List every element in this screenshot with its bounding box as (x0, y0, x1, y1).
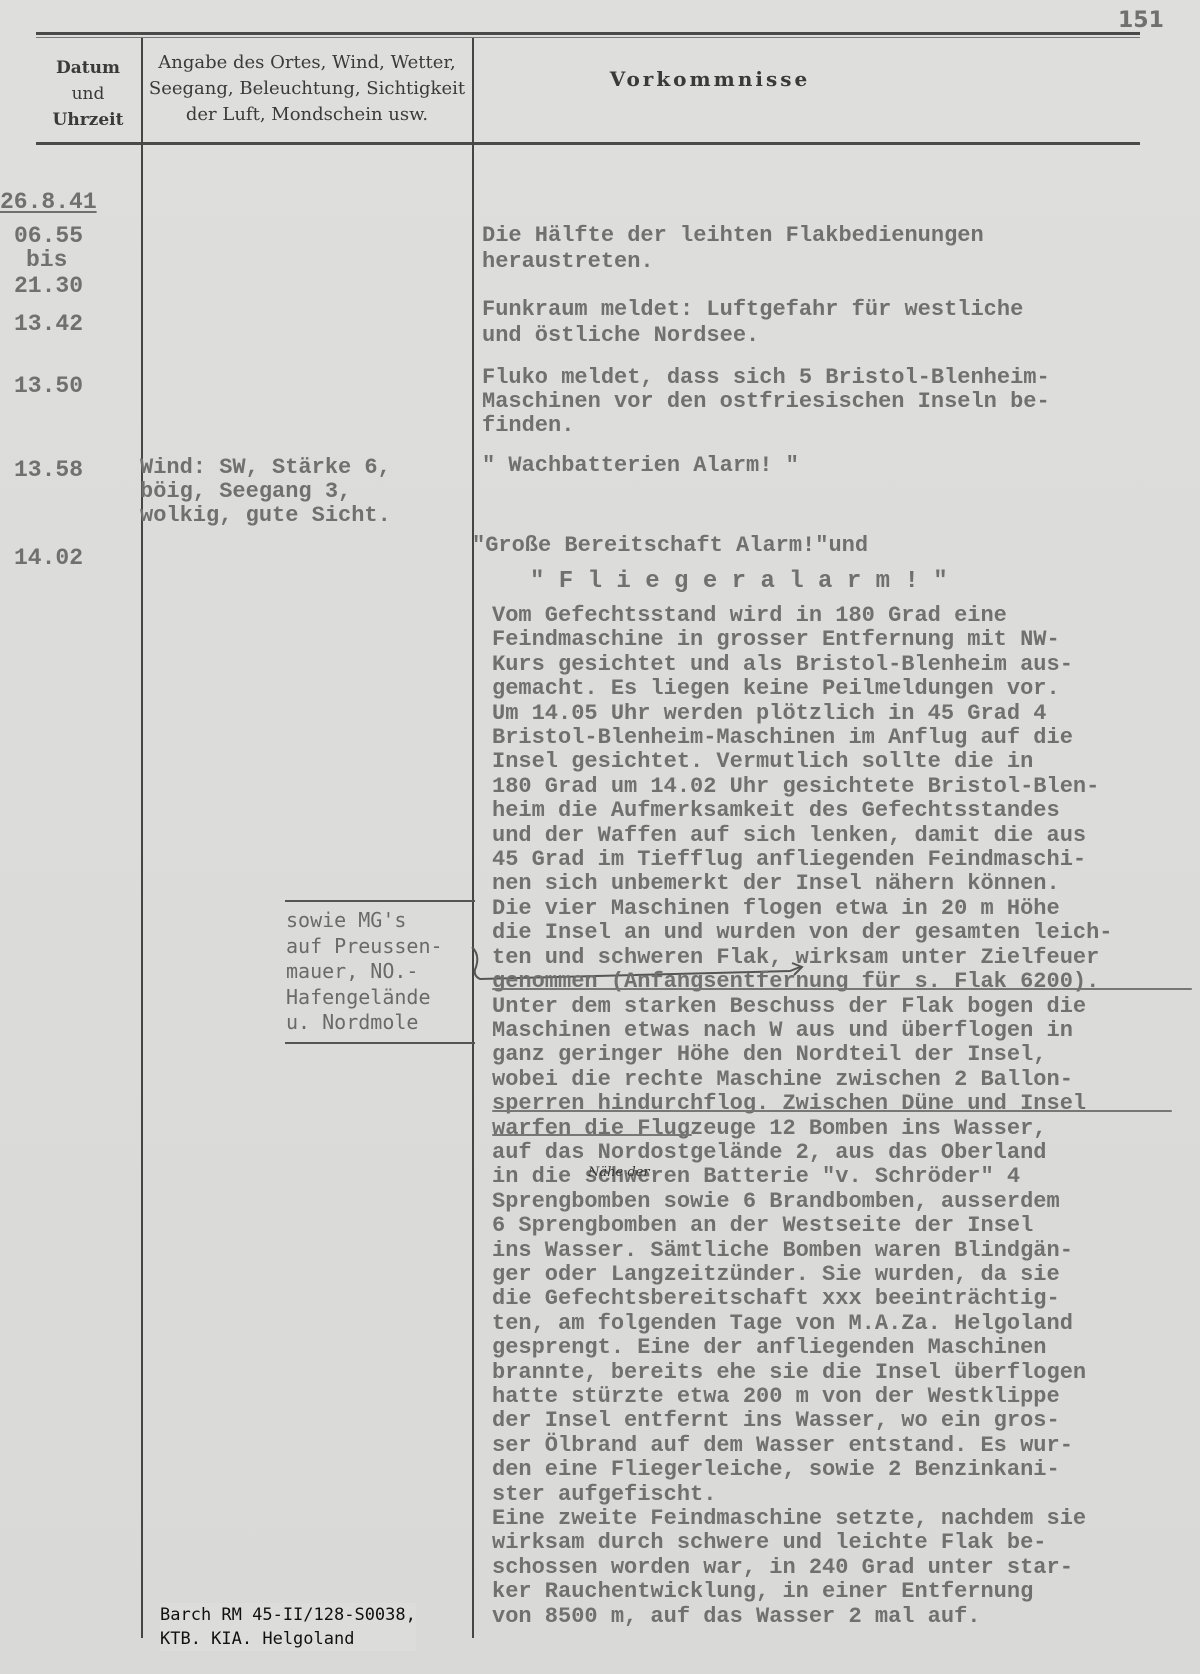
body-line: genommen (Anfangsentfernung für s. Flak … (492, 970, 1113, 994)
entry-3-line-1: Fluko meldet, dass sich 5 Bristol-Blenhe… (482, 366, 1050, 390)
entry-5-alarm: " F l i e g e r a l a r m ! " (530, 570, 948, 594)
body-line: ten, am folgenden Tage von M.A.Za. Helgo… (492, 1312, 1113, 1336)
header-location-weather: Angabe des Ortes, Wind, Wetter, Seegang,… (142, 50, 472, 128)
body-line: 45 Grad im Tiefflug anfliegenden Feindma… (492, 848, 1113, 872)
margin-note-line: mauer, NO.- (286, 959, 443, 985)
entry-2-line-2: und östliche Nordsee. (482, 324, 759, 348)
header-events: Vorkommnisse (520, 66, 900, 92)
body-line: 180 Grad um 14.02 Uhr gesichtete Bristol… (492, 775, 1113, 799)
header-location-line3: der Luft, Mondschein usw. (142, 102, 472, 128)
body-line: warfen die Flugzeuge 12 Bomben ins Wasse… (492, 1117, 1113, 1141)
margin-note-line: auf Preussen- (286, 934, 443, 960)
body-line: heim die Aufmerksamkeit des Gefechtsstan… (492, 799, 1113, 823)
body-line: Sprengbomben sowie 6 Brandbomben, ausser… (492, 1190, 1113, 1214)
header-location-line1: Angabe des Ortes, Wind, Wetter, (142, 50, 472, 76)
entry-3-line-2: Maschinen vor den ostfriesischen Inseln … (482, 390, 1050, 414)
pencil-underline (492, 1110, 1172, 1112)
body-line: Eine zweite Feindmaschine setzte, nachde… (492, 1507, 1113, 1531)
column-divider-1 (141, 38, 143, 1638)
body-line: auf das Nordostgelände 2, aus das Oberla… (492, 1141, 1113, 1165)
body-line: von 8500 m, auf das Wasser 2 mal auf. (492, 1605, 1113, 1629)
body-line: Maschinen etwas nach W aus und überfloge… (492, 1019, 1113, 1043)
citation-line: Barch RM 45-II/128-S0038, (160, 1603, 416, 1627)
body-line: und der Waffen auf sich lenken, damit di… (492, 824, 1113, 848)
body-line: 6 Sprengbomben an der Westseite der Inse… (492, 1214, 1113, 1238)
time-1358: 13.58 (14, 458, 83, 482)
body-line: ger oder Langzeitzünder. Sie wurden, da … (492, 1263, 1113, 1287)
body-line: nen sich unbemerkt der Insel nähern könn… (492, 872, 1113, 896)
weather-line-3: wolkig, gute Sicht. (140, 504, 391, 528)
entry-1-line-1: Die Hälfte der leihten Flakbedienungen (482, 224, 984, 248)
body-line: schossen worden war, in 240 Grad unter s… (492, 1556, 1113, 1580)
document-page: 151 Datum und Uhrzeit Angabe des Ortes, … (0, 0, 1200, 1674)
time-1402: 14.02 (14, 546, 83, 570)
margin-note-line: sowie MG's (286, 908, 443, 934)
body-line: hatte stürzte etwa 200 m von der Westkli… (492, 1385, 1113, 1409)
pencil-underline (492, 1134, 692, 1136)
body-line: brannte, bereits ehe sie die Insel überf… (492, 1361, 1113, 1385)
body-line: wirksam durch schwere und leichte Flak b… (492, 1531, 1113, 1555)
entry-2-line-1: Funkraum meldet: Luftgefahr für westlich… (482, 298, 1023, 322)
entry-date: 26.8.41 (0, 190, 97, 214)
body-line: wobei die rechte Maschine zwischen 2 Bal… (492, 1068, 1113, 1092)
margin-note-line: u. Nordmole (286, 1010, 443, 1036)
body-line: ins Wasser. Sämtliche Bomben waren Blind… (492, 1239, 1113, 1263)
body-line: Feindmaschine in grosser Entfernung mit … (492, 628, 1113, 652)
top-rule-thin (36, 37, 1140, 38)
time-0655: 06.55 (14, 224, 83, 248)
header-date-time: Datum und Uhrzeit (38, 55, 138, 133)
weather-line-1: Wind: SW, Stärke 6, (140, 456, 391, 480)
body-line: in die schweren Batterie "v. Schröder" 4 (492, 1165, 1113, 1189)
body-line: Vom Gefechtsstand wird in 180 Grad eine (492, 604, 1113, 628)
top-rule (36, 32, 1140, 35)
body-line: ser Ölbrand auf dem Wasser entstand. Es … (492, 1434, 1113, 1458)
body-line: gesprengt. Eine der anfliegenden Maschin… (492, 1336, 1113, 1360)
header-rule (36, 142, 1140, 145)
body-line: ten und schweren Flak, wirksam unter Zie… (492, 946, 1113, 970)
body-line: ganz geringer Höhe den Nordteil der Inse… (492, 1043, 1113, 1067)
time-1350: 13.50 (14, 374, 83, 398)
time-2130: 21.30 (14, 274, 83, 298)
body-line: Bristol-Blenheim-Maschinen im Anflug auf… (492, 726, 1113, 750)
body-line: sperren hindurchflog. Zwischen Düne und … (492, 1092, 1113, 1116)
body-line: Um 14.05 Uhr werden plötzlich in 45 Grad… (492, 702, 1113, 726)
body-line: den eine Fliegerleiche, sowie 2 Benzinka… (492, 1458, 1113, 1482)
body-line: Unter dem starken Beschuss der Flak boge… (492, 995, 1113, 1019)
header-location-line2: Seegang, Beleuchtung, Sichtigkeit (142, 76, 472, 102)
entry-5-body: Vom Gefechtsstand wird in 180 Grad eine … (492, 604, 1113, 1629)
handwritten-insertion: Nähe der (588, 1165, 650, 1180)
margin-note: sowie MG'sauf Preussen-mauer, NO.-Hafeng… (286, 908, 443, 1036)
pencil-underline (492, 988, 1192, 990)
column-divider-2 (472, 38, 474, 1638)
page-number: 151 (1118, 8, 1164, 33)
time-bis: bis (26, 248, 67, 272)
body-line: der Insel entfernt ins Wasser, wo ein gr… (492, 1409, 1113, 1433)
header-date-line1: Datum (38, 55, 138, 81)
weather-line-2: böig, Seegang 3, (140, 480, 351, 504)
header-date-line2: und (38, 81, 138, 107)
body-line: die Gefechtsbereitschaft xxx beeinträcht… (492, 1287, 1113, 1311)
body-line: gemacht. Es liegen keine Peilmeldungen v… (492, 677, 1113, 701)
body-line: Kurs gesichtet und als Bristol-Blenheim … (492, 653, 1113, 677)
body-line: ker Rauchentwicklung, in einer Entfernun… (492, 1580, 1113, 1604)
entry-4: " Wachbatterien Alarm! " (482, 454, 799, 478)
body-line: Insel gesichtet. Vermutlich sollte die i… (492, 750, 1113, 774)
citation-line: KTB. KIA. Helgoland (160, 1627, 416, 1651)
time-1342: 13.42 (14, 312, 83, 336)
body-line: ster aufgefischt. (492, 1483, 1113, 1507)
entry-5-title: "Große Bereitschaft Alarm!"und (472, 534, 868, 558)
header-date-line3: Uhrzeit (38, 107, 138, 133)
entry-1-line-2: heraustreten. (482, 250, 654, 274)
body-line: Die vier Maschinen flogen etwa in 20 m H… (492, 897, 1113, 921)
margin-note-line: Hafengelände (286, 985, 443, 1011)
entry-3-line-3: finden. (482, 414, 574, 438)
body-line: die Insel an und wurden von der gesamten… (492, 921, 1113, 945)
archive-citation: Barch RM 45-II/128-S0038,KTB. KIA. Helgo… (160, 1603, 416, 1651)
